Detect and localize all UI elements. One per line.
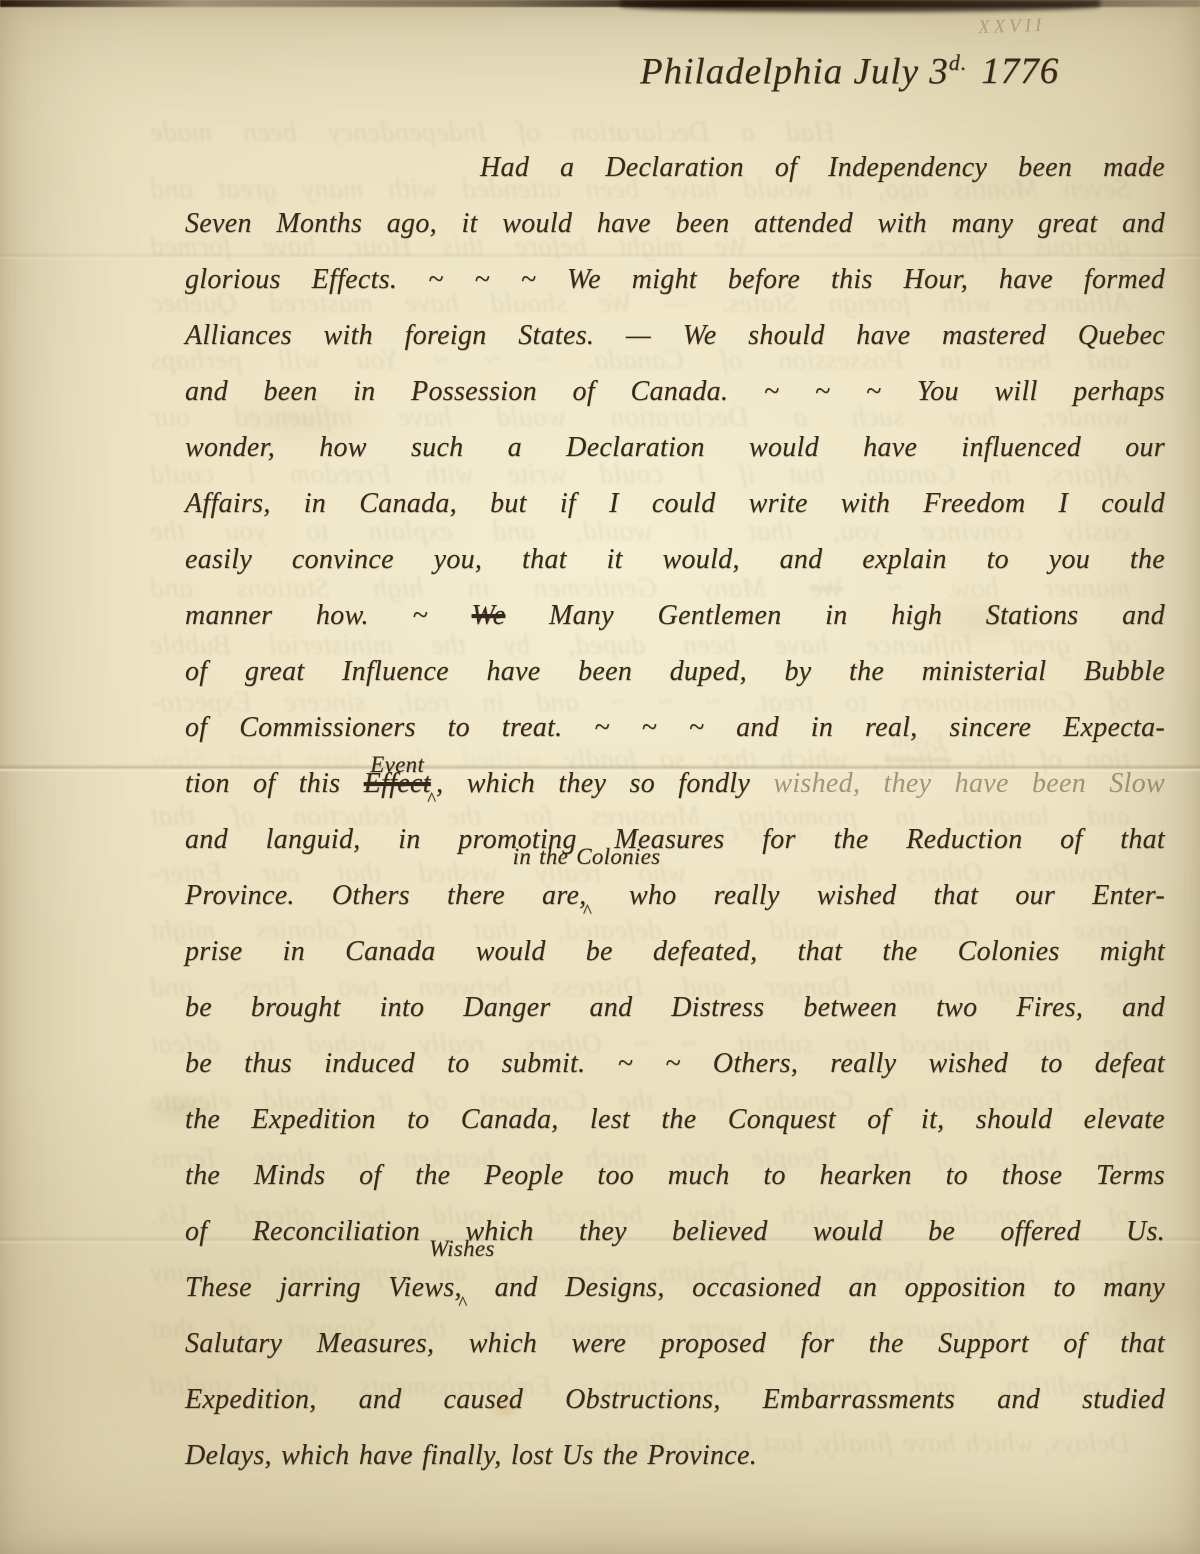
letter-text-segment: and been in Possession of Canada. ~ ~ ~ … bbox=[185, 376, 1165, 407]
letter-line: manner how. ~ We Many Gentlemen in high … bbox=[185, 588, 1165, 644]
letter-line: Had a Declaration of Independency been m… bbox=[185, 140, 1165, 196]
letter-text-segment: wonder, how such a Declaration would hav… bbox=[185, 432, 1165, 463]
letter-text-segment: the Minds of the People too much to hear… bbox=[185, 1160, 1165, 1191]
letter-text-segment: easily convince you, that it would, and … bbox=[185, 544, 1165, 575]
letter-line: tion of this EventEffect^, which they so… bbox=[185, 756, 1165, 812]
letter-text-segment: Expedition, and caused Obstructions, Emb… bbox=[185, 1384, 1165, 1415]
letter-text: , which they so fondly bbox=[436, 768, 773, 799]
letter-line: and languid, in promoting Measures for t… bbox=[185, 812, 1165, 868]
dateline: Philadelphia July 3d.1776 bbox=[640, 50, 1059, 93]
dateline-superscript: d. bbox=[949, 50, 968, 75]
letter-text: of great Influence have been duped, by t… bbox=[185, 656, 1165, 687]
letter-text-segment: manner how. ~ bbox=[185, 600, 472, 631]
letter-text-segment: of Reconciliation which they believed wo… bbox=[185, 1216, 1165, 1247]
letter-text-segment: of great Influence have been duped, by t… bbox=[185, 656, 1165, 687]
letter-line: glorious Effects. ~ ~ ~ We might before … bbox=[185, 252, 1165, 308]
letter-line: Province. Others there are,in the Coloni… bbox=[185, 868, 1165, 924]
letter-text-segment: Delays, which have finally, lost Us the … bbox=[185, 1440, 757, 1471]
letter-text-segment: Salutary Measures, which were proposed f… bbox=[185, 1328, 1165, 1359]
letter-text: wished, they have been Slow bbox=[773, 768, 1165, 799]
letter-text: Delays, which have finally, lost Us the … bbox=[185, 1440, 757, 1471]
letter-text: prise in Canada would be defeated, that … bbox=[185, 936, 1165, 967]
letter-text: and Designs, occasioned an opposition to… bbox=[467, 1272, 1165, 1303]
letter-text: manner how. ~ bbox=[185, 600, 472, 631]
letter-text-segment: We bbox=[472, 600, 506, 631]
letter-text-segment: the Expedition to Canada, lest the Conqu… bbox=[185, 1104, 1165, 1135]
letter-line: prise in Canada would be defeated, that … bbox=[185, 924, 1165, 980]
dateline-year: 1776 bbox=[981, 51, 1059, 92]
letter-text: Salutary Measures, which were proposed f… bbox=[185, 1328, 1165, 1359]
caret-mark: ^ bbox=[427, 789, 435, 810]
letter-line: Affairs, in Canada, but if I could write… bbox=[185, 476, 1165, 532]
letter-text: Had a Declaration of Independency been m… bbox=[480, 152, 1165, 183]
letter-text: and languid, in promoting Measures for t… bbox=[185, 824, 1165, 855]
letter-line: Delays, which have finally, lost Us the … bbox=[185, 1428, 1165, 1484]
letter-text-segment: Affairs, in Canada, but if I could write… bbox=[185, 488, 1165, 519]
letter-text: be thus induced to submit. ~ ~ Others, r… bbox=[185, 1048, 1165, 1079]
letter-line: of great Influence have been duped, by t… bbox=[185, 644, 1165, 700]
letter-line: These jarring Views,Wishes^ and Designs,… bbox=[185, 1260, 1165, 1316]
inserted-word: in the Colonies bbox=[513, 845, 661, 868]
letter-text-segment: , which they so fondly bbox=[436, 768, 773, 799]
caret-mark: ^ bbox=[458, 1293, 466, 1314]
letter-text-segment: wished, they have been Slow bbox=[773, 768, 1165, 799]
letter-text-segment: be thus induced to submit. ~ ~ Others, r… bbox=[185, 1048, 1165, 1079]
letter-line: be thus induced to submit. ~ ~ Others, r… bbox=[185, 1036, 1165, 1092]
letter-text: who really wished that our Enter- bbox=[592, 880, 1165, 911]
letter-text-segment: EventEffect bbox=[364, 756, 431, 812]
letter-text-segment: These jarring Views, bbox=[185, 1272, 462, 1303]
letter-line: and been in Possession of Canada. ~ ~ ~ … bbox=[185, 364, 1165, 420]
letter-text-segment: of Commissioners to treat. ~ ~ ~ and in … bbox=[185, 712, 1165, 743]
letter-text: of Reconciliation which they believed wo… bbox=[185, 1216, 1165, 1247]
letter-text: tion of this bbox=[185, 768, 364, 799]
letter-text: the Minds of the People too much to hear… bbox=[185, 1160, 1165, 1191]
letter-text: Expedition, and caused Obstructions, Emb… bbox=[185, 1384, 1165, 1415]
letter-line: Seven Months ago, it would have been att… bbox=[185, 196, 1165, 252]
letter-text: Affairs, in Canada, but if I could write… bbox=[185, 488, 1165, 519]
letter-line: of Commissioners to treat. ~ ~ ~ and in … bbox=[185, 700, 1165, 756]
manuscript-page: Had a Declaration of Independency been m… bbox=[0, 0, 1200, 1554]
letter-text-segment: and languid, in promoting Measures for t… bbox=[185, 824, 1165, 855]
letter-text: of Commissioners to treat. ~ ~ ~ and in … bbox=[185, 712, 1165, 743]
letter-text: wonder, how such a Declaration would hav… bbox=[185, 432, 1165, 463]
letter-text-segment: be brought into Danger and Distress betw… bbox=[185, 992, 1165, 1023]
dateline-place-date: Philadelphia July 3 bbox=[640, 51, 949, 92]
archival-pencil-annotation: XXVII bbox=[978, 15, 1046, 39]
letter-text-segment: tion of this bbox=[185, 768, 364, 799]
letter-text-segment: Province. Others there are, bbox=[185, 880, 587, 911]
letter-text: Seven Months ago, it would have been att… bbox=[185, 208, 1165, 239]
letter-text: Province. Others there are, bbox=[185, 880, 587, 911]
inserted-word: Wishes bbox=[429, 1237, 495, 1260]
letter-line: Alliances with foreign States. — We shou… bbox=[185, 308, 1165, 364]
letter-line: of Reconciliation which they believed wo… bbox=[185, 1204, 1165, 1260]
letter-text: and been in Possession of Canada. ~ ~ ~ … bbox=[185, 376, 1165, 407]
caret-mark: ^ bbox=[583, 901, 591, 922]
letter-body: Had a Declaration of Independency been m… bbox=[185, 140, 1165, 1484]
letter-text: glorious Effects. ~ ~ ~ We might before … bbox=[185, 264, 1165, 295]
letter-text: These jarring Views, bbox=[185, 1272, 462, 1303]
letter-text: be brought into Danger and Distress betw… bbox=[185, 992, 1165, 1023]
letter-text-segment: Alliances with foreign States. — We shou… bbox=[185, 320, 1165, 351]
letter-text-segment: Seven Months ago, it would have been att… bbox=[185, 208, 1165, 239]
letter-line: wonder, how such a Declaration would hav… bbox=[185, 420, 1165, 476]
letter-text-segment: Had a Declaration of Independency been m… bbox=[480, 152, 1165, 183]
letter-line: Salutary Measures, which were proposed f… bbox=[185, 1316, 1165, 1372]
strikethrough-text: We bbox=[472, 600, 506, 631]
letter-text: Many Gentlemen in high Stations and bbox=[505, 600, 1165, 631]
letter-line: be brought into Danger and Distress betw… bbox=[185, 980, 1165, 1036]
scan-edge-shadow bbox=[0, 0, 1200, 7]
letter-text-segment: glorious Effects. ~ ~ ~ We might before … bbox=[185, 264, 1165, 295]
letter-line: the Expedition to Canada, lest the Conqu… bbox=[185, 1092, 1165, 1148]
letter-text: easily convince you, that it would, and … bbox=[185, 544, 1165, 575]
letter-line: easily convince you, that it would, and … bbox=[185, 532, 1165, 588]
letter-text-segment: who really wished that our Enter- bbox=[592, 880, 1165, 911]
letter-text-segment: prise in Canada would be defeated, that … bbox=[185, 936, 1165, 967]
letter-line: the Minds of the People too much to hear… bbox=[185, 1148, 1165, 1204]
letter-text-segment: and Designs, occasioned an opposition to… bbox=[467, 1272, 1165, 1303]
inserted-word: Event bbox=[370, 753, 424, 776]
letter-line: Expedition, and caused Obstructions, Emb… bbox=[185, 1372, 1165, 1428]
letter-text: the Expedition to Canada, lest the Conqu… bbox=[185, 1104, 1165, 1135]
letter-text-segment: Many Gentlemen in high Stations and bbox=[505, 600, 1165, 631]
letter-text: Alliances with foreign States. — We shou… bbox=[185, 320, 1165, 351]
